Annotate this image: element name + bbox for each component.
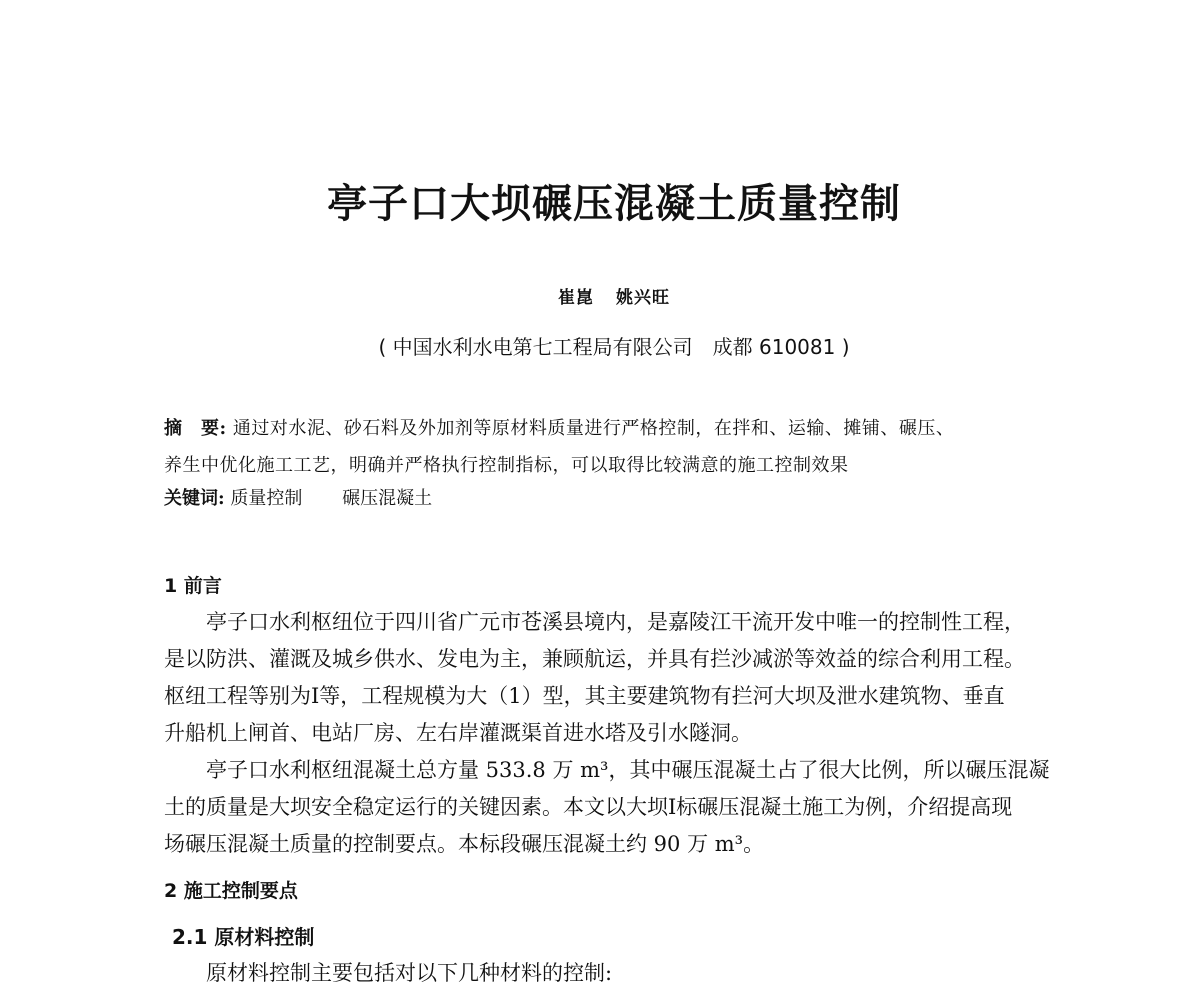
text-line: 是以防洪、灌溉及城乡供水、发电为主，兼顾航运，并具有拦沙减淤等效益的综合利用工程… — [164, 641, 1066, 678]
text-line: 原材料控制主要包括对以下几种材料的控制: — [164, 955, 1066, 985]
paragraph: 亭子口水利枢纽混凝土总方量 533.8 万 m³，其中碾压混凝土占了很大比例，所… — [164, 752, 1066, 863]
keyword: 碾压混凝土 — [342, 488, 432, 509]
text-line: 亭子口水利枢纽混凝土总方量 533.8 万 m³，其中碾压混凝土占了很大比例，所… — [164, 752, 1066, 789]
paragraph: 原材料控制主要包括对以下几种材料的控制: — [164, 955, 1066, 985]
paragraph: 亭子口水利枢纽位于四川省广元市苍溪县境内，是嘉陵江干流开发中唯一的控制性工程， … — [164, 604, 1066, 752]
text-line: 枢纽工程等别为Ⅰ等，工程规模为大（1）型，其主要建筑物有拦河大坝及泄水建筑物、垂… — [164, 678, 1066, 715]
affiliation: ( 中国水利水电第七工程局有限公司 成都 610081 ) — [0, 333, 1200, 361]
paper-title: 亭子口大坝碾压混凝土质量控制 — [0, 176, 1200, 232]
text-line: 亭子口水利枢纽位于四川省广元市苍溪县境内，是嘉陵江干流开发中唯一的控制性工程， — [164, 604, 1066, 641]
abstract-line: 养生中优化施工工艺，明确并严格执行控制指标，可以取得比较满意的施工控制效果 — [164, 447, 1069, 484]
section-heading-intro: 1 前言 — [164, 572, 222, 600]
text-line: 场碾压混凝土质量的控制要点。本标段碾压混凝土约 90 万 m³。 — [164, 826, 1066, 863]
abstract-line: 摘 要: 通过对水泥、砂石料及外加剂等原材料质量进行严格控制，在拌和、运输、摊铺… — [164, 410, 1069, 447]
abstract-label: 摘 要: — [164, 418, 227, 439]
text-line: 土的质量是大坝安全稳定运行的关键因素。本文以大坝Ⅰ标碾压混凝土施工为例，介绍提高… — [164, 789, 1066, 826]
text-line: 升船机上闸首、电站厂房、左右岸灌溉渠首进水塔及引水隧洞。 — [164, 715, 1066, 752]
author-name: 姚兴旺 — [616, 288, 670, 308]
keywords-label: 关键词: — [164, 488, 225, 509]
subsection-heading-raw-materials: 2.1 原材料控制 — [172, 923, 314, 951]
author-list: 崔崑姚兴旺 — [0, 286, 1200, 310]
author-name: 崔崑 — [558, 288, 594, 308]
keyword: 质量控制 — [230, 488, 302, 509]
section-heading-construction-control: 2 施工控制要点 — [164, 877, 298, 905]
keywords: 关键词: 质量控制 碾压混凝土 — [164, 484, 432, 514]
abstract: 摘 要: 通过对水泥、砂石料及外加剂等原材料质量进行严格控制，在拌和、运输、摊铺… — [164, 410, 1069, 484]
